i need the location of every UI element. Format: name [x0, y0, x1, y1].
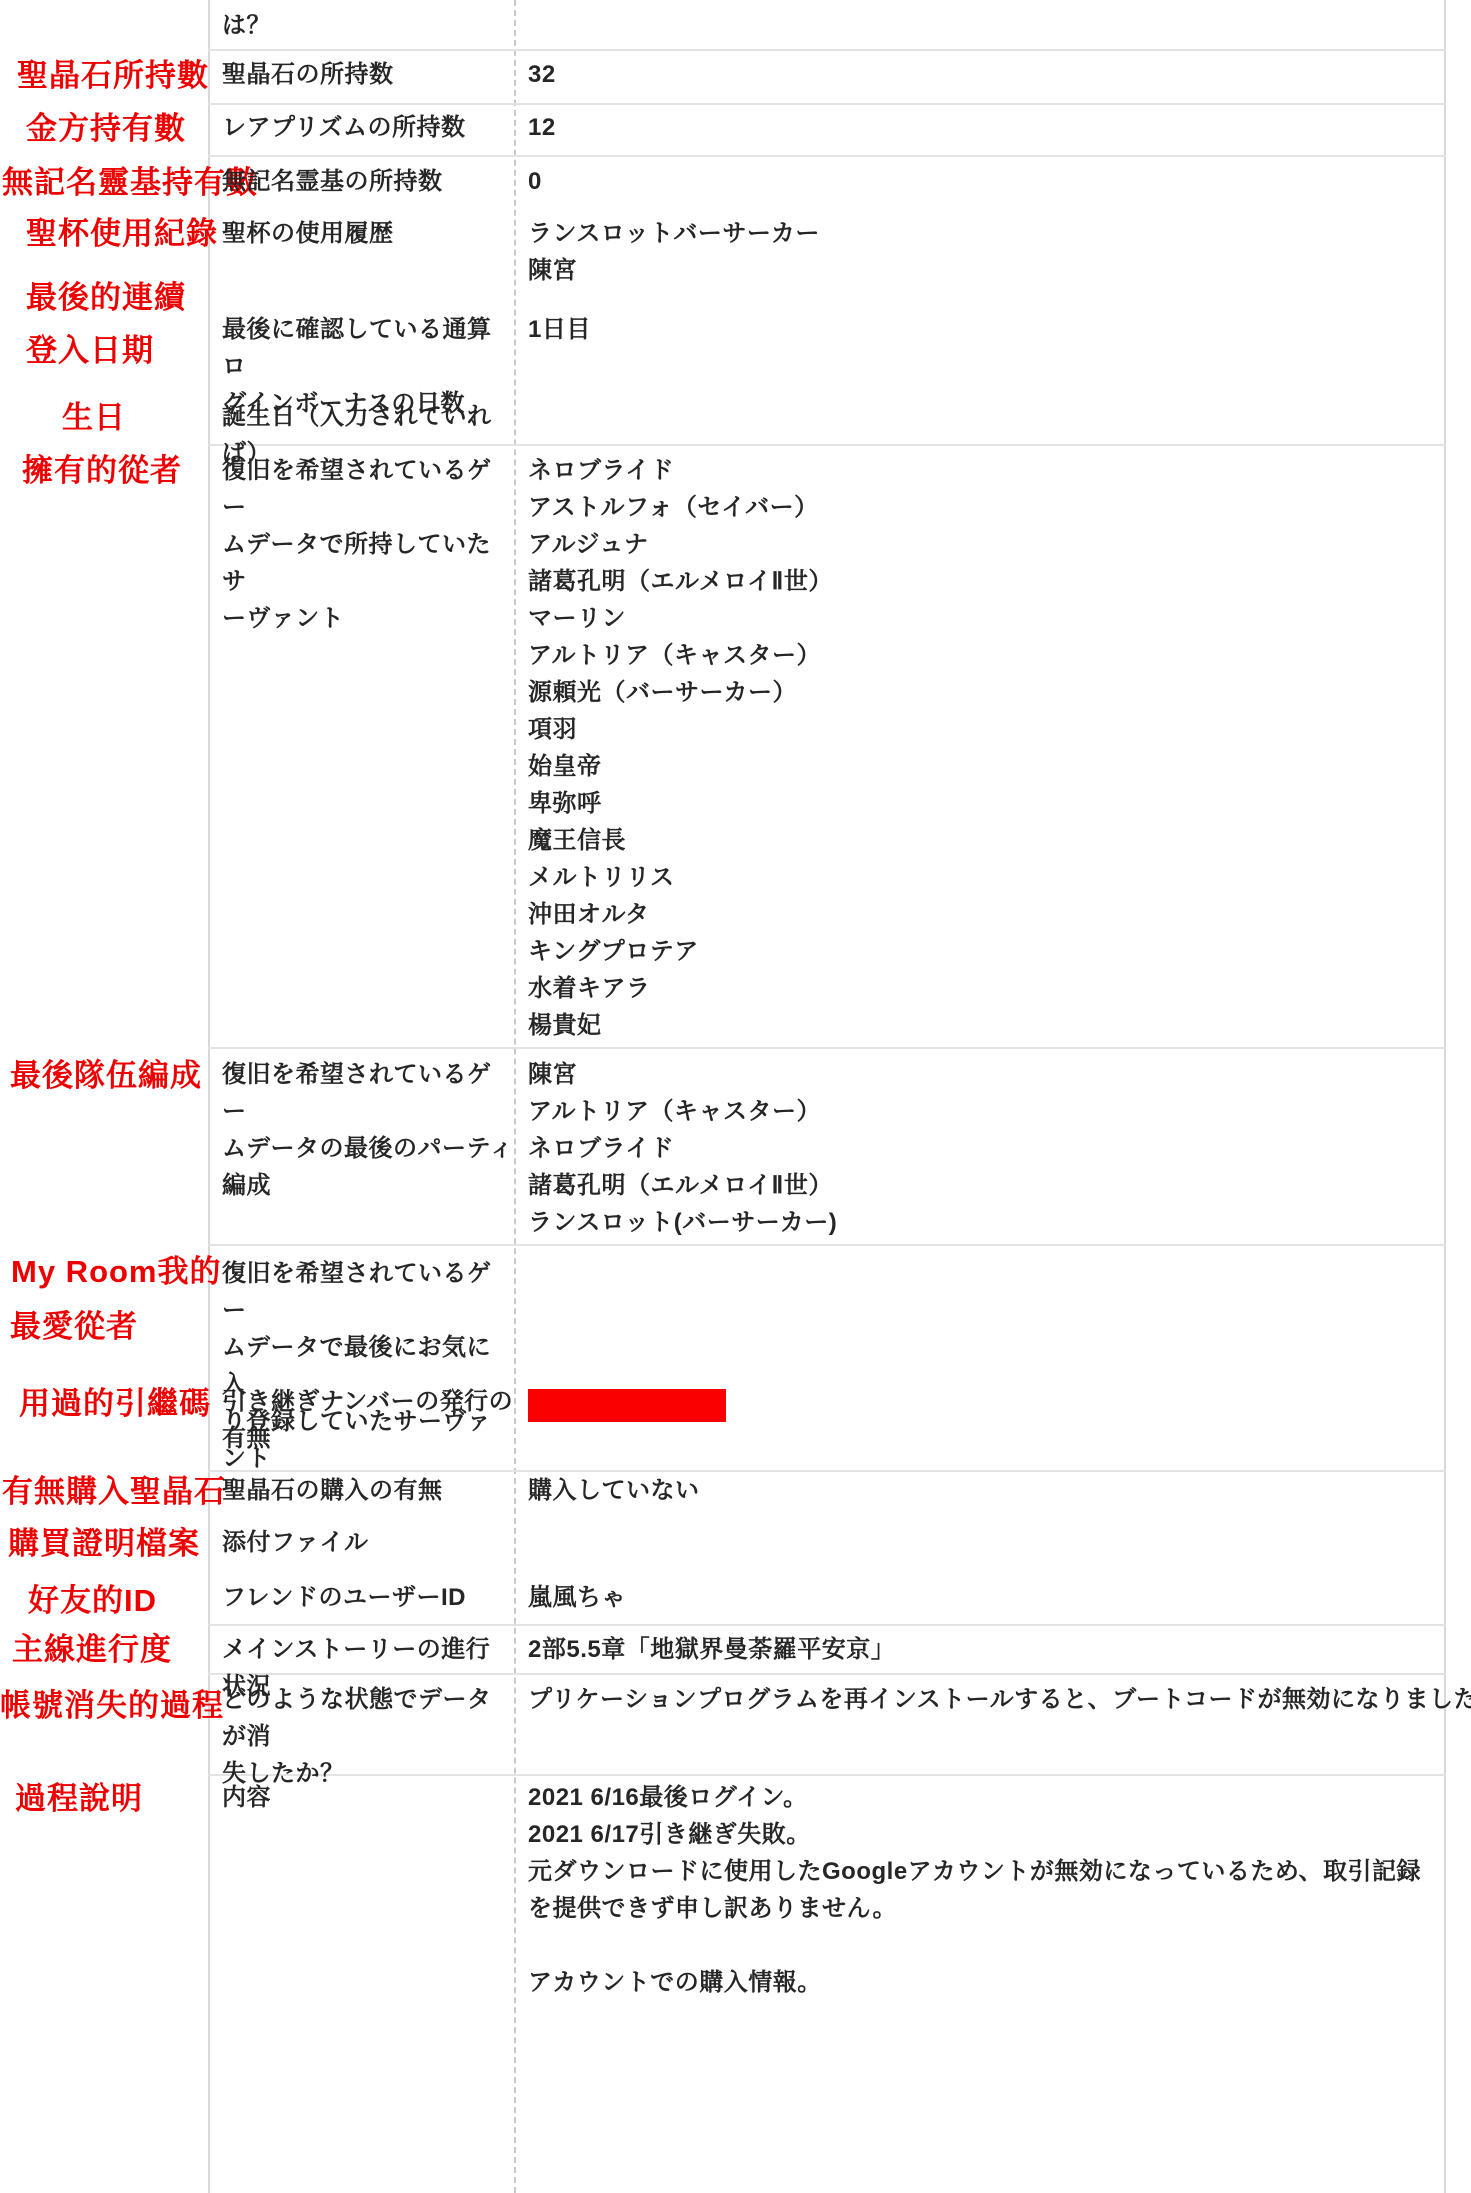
table-right-border — [1444, 0, 1446, 2193]
annotation-red-label: 最後的連續 — [26, 279, 186, 316]
redaction-box — [528, 1389, 726, 1422]
annotation-red-label: 有無購入聖晶石 — [2, 1473, 226, 1510]
row-border-line — [208, 103, 1446, 105]
row-label: 聖晶石の所持数 — [222, 56, 514, 93]
annotation-red-label: 生日 — [62, 399, 126, 436]
annotation-red-label: 主線進行度 — [12, 1631, 172, 1668]
form-response-table: 聖晶石所持數金方持有數無記名靈基持有數聖杯使用紀錄最後的連續登入日期生日擁有的從… — [0, 0, 1471, 2193]
row-value: 0 — [528, 163, 1444, 200]
row-border-line — [208, 1047, 1446, 1049]
row-value: 32 — [528, 56, 1444, 93]
annotation-red-label: 最愛從者 — [10, 1308, 138, 1345]
row-border-line — [208, 49, 1446, 51]
row-value: 2021 6/16最後ログイン。 2021 6/17引き継ぎ失敗。 元ダウンロー… — [528, 1779, 1444, 2001]
table-left-border — [208, 0, 210, 2193]
row-value: 1日目 — [528, 311, 1444, 348]
annotation-red-label: 金方持有數 — [26, 110, 186, 147]
row-label: 無記名霊基の所持数 — [222, 163, 514, 200]
row-label: どのような状態でデータが消 失したか？ — [222, 1681, 514, 1792]
row-value: 12 — [528, 109, 1444, 146]
row-label: は？ — [222, 7, 514, 44]
row-value: 陳宮 アルトリア（キャスター） ネロブライド 諸葛孔明（エルメロイⅡ世） ランス… — [528, 1056, 1444, 1241]
annotation-red-label: 好友的ID — [28, 1582, 157, 1619]
annotation-red-label: 擁有的從者 — [22, 452, 182, 489]
row-label: 引き継ぎナンバーの発行の 有無 — [222, 1383, 514, 1457]
label-value-divider — [514, 0, 516, 2193]
row-label: 内容 — [222, 1779, 514, 1816]
annotation-red-label: My Room我的 — [11, 1253, 222, 1290]
row-label: フレンドのユーザーID — [222, 1579, 514, 1616]
row-value: 2部5.5章「地獄界曼荼羅平安京」 — [528, 1631, 1444, 1668]
annotation-red-label: 無記名靈基持有數 — [2, 164, 258, 201]
annotation-red-label: 過程說明 — [15, 1780, 143, 1817]
row-label: 聖晶石の購入の有無 — [222, 1472, 514, 1509]
row-border-line — [208, 1624, 1446, 1626]
row-border-line — [208, 155, 1446, 157]
row-label: 添付ファイル — [222, 1524, 514, 1561]
row-value: 嵐風ちゃ — [528, 1579, 1444, 1616]
row-value: 購入していない — [528, 1472, 1444, 1509]
annotation-red-label: 最後隊伍編成 — [10, 1057, 202, 1094]
row-border-line — [208, 1244, 1446, 1246]
row-label: 聖杯の使用履歴 — [222, 215, 514, 252]
annotation-red-label: 帳號消失的過程 — [0, 1687, 224, 1724]
row-label: 復旧を希望されているゲー ムデータの最後のパーティ 編成 — [222, 1056, 514, 1204]
row-value: プリケーションプログラムを再インストールすると、ブートコードが無効になりました。 — [528, 1681, 1444, 1718]
annotation-red-label: 登入日期 — [26, 332, 154, 369]
row-label: 復旧を希望されているゲー ムデータで所持していたサ ーヴァント — [222, 452, 514, 637]
annotation-red-label: 用過的引繼碼 — [19, 1385, 211, 1422]
row-value: ランスロットバーサーカー 陳宮 — [528, 215, 1444, 289]
row-label: レアプリズムの所持数 — [222, 109, 514, 146]
annotation-red-label: 購買證明檔案 — [8, 1525, 200, 1562]
row-value: ネロブライド アストルフォ（セイバー） アルジュナ 諸葛孔明（エルメロイⅡ世） … — [528, 452, 1444, 1044]
annotation-red-label: 聖杯使用紀錄 — [26, 215, 218, 252]
annotation-red-label: 聖晶石所持數 — [17, 57, 209, 94]
